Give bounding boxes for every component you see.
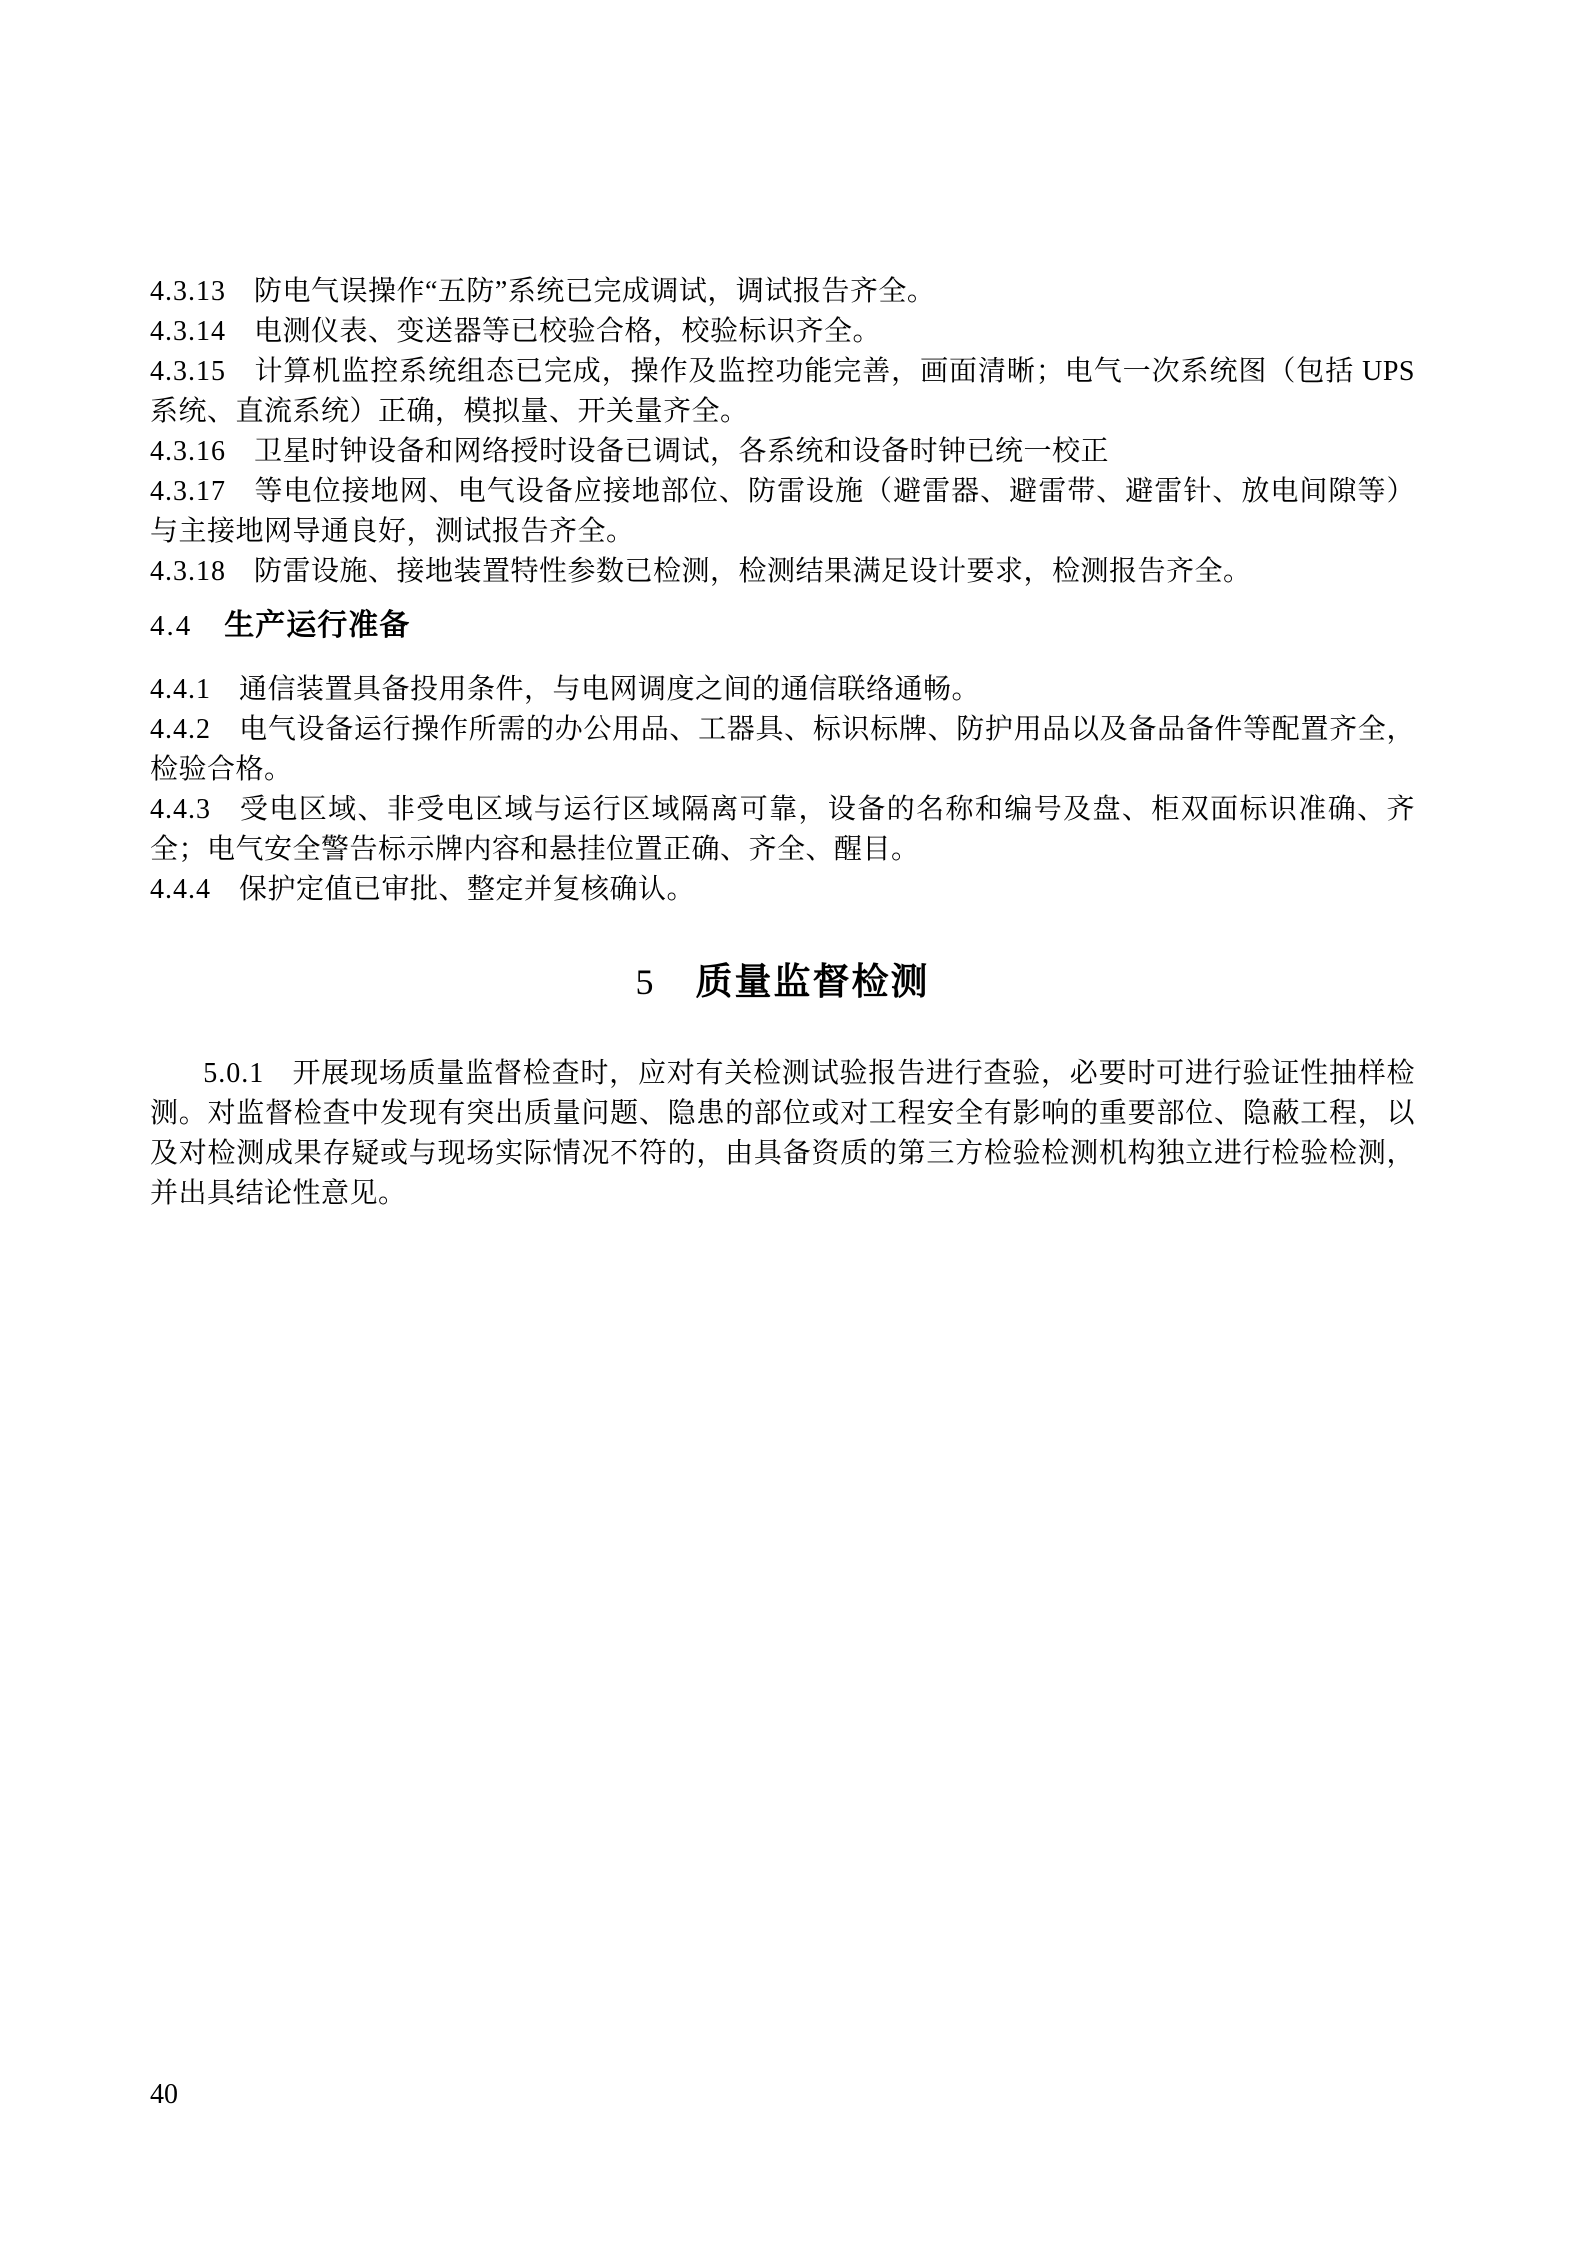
clause-number: 4.4.4 <box>150 874 211 905</box>
clause-number: 4.4.2 <box>150 714 211 745</box>
clause-number: 4.3.13 <box>150 276 226 307</box>
clause-text: 保护定值已审批、整定并复核确认。 <box>239 874 695 905</box>
document-body: 4.3.13防电气误操作“五防”系统已完成调试，调试报告齐全。 4.3.14电测… <box>150 272 1415 1214</box>
clause-text: 开展现场质量监督检查时，应对有关检测试验报告进行查验，必要时可进行验证性抽样检测… <box>150 1058 1415 1209</box>
section-heading-title: 生产运行准备 <box>224 609 410 642</box>
clause-number: 5.0.1 <box>203 1058 264 1089</box>
clause-text: 卫星时钟设备和网络授时设备已调试，各系统和设备时钟已统一校正 <box>254 436 1109 467</box>
clause-number: 4.3.14 <box>150 316 226 347</box>
clause-text: 电测仪表、变送器等已校验合格，校验标识齐全。 <box>254 316 881 347</box>
clause-4-3-13: 4.3.13防电气误操作“五防”系统已完成调试，调试报告齐全。 <box>150 272 1415 312</box>
clause-number: 4.3.15 <box>150 356 226 387</box>
clause-text: 计算机监控系统组态已完成，操作及监控功能完善，画面清晰；电气一次系统图（包括 U… <box>150 356 1415 427</box>
clause-number: 4.4.3 <box>150 794 211 825</box>
clause-number: 4.3.16 <box>150 436 226 467</box>
clause-4-3-16: 4.3.16卫星时钟设备和网络授时设备已调试，各系统和设备时钟已统一校正 <box>150 432 1415 472</box>
clause-4-4-1: 4.4.1通信装置具备投用条件，与电网调度之间的通信联络通畅。 <box>150 670 1415 710</box>
clause-4-3-14: 4.3.14电测仪表、变送器等已校验合格，校验标识齐全。 <box>150 312 1415 352</box>
chapter-heading-title: 质量监督检测 <box>696 961 930 1002</box>
chapter-5-heading: 5质量监督检测 <box>150 954 1415 1010</box>
clause-5-0-1: 5.0.1开展现场质量监督检查时，应对有关检测试验报告进行查验，必要时可进行验证… <box>150 1054 1415 1214</box>
clause-number: 4.4.1 <box>150 674 211 705</box>
section-4-4-heading: 4.4生产运行准备 <box>150 604 1415 648</box>
clause-text: 电气设备运行操作所需的办公用品、工器具、标识标牌、防护用品以及备品备件等配置齐全… <box>150 714 1415 785</box>
clause-4-4-3: 4.4.3受电区域、非受电区域与运行区域隔离可靠，设备的名称和编号及盘、柜双面标… <box>150 790 1415 870</box>
clause-text: 等电位接地网、电气设备应接地部位、防雷设施（避雷器、避雷带、避雷针、放电间隙等）… <box>150 476 1415 547</box>
clause-4-4-2: 4.4.2电气设备运行操作所需的办公用品、工器具、标识标牌、防护用品以及备品备件… <box>150 710 1415 790</box>
clause-text: 防雷设施、接地装置特性参数已检测，检测结果满足设计要求，检测报告齐全。 <box>254 556 1252 587</box>
clause-text: 防电气误操作“五防”系统已完成调试，调试报告齐全。 <box>254 276 935 307</box>
clause-number: 4.3.18 <box>150 556 226 587</box>
clause-4-4-4: 4.4.4保护定值已审批、整定并复核确认。 <box>150 870 1415 910</box>
page-number: 40 <box>150 2075 178 2115</box>
section-heading-number: 4.4 <box>150 610 192 642</box>
document-page: 4.3.13防电气误操作“五防”系统已完成调试，调试报告齐全。 4.3.14电测… <box>0 0 1587 2245</box>
clause-4-3-15: 4.3.15计算机监控系统组态已完成，操作及监控功能完善，画面清晰；电气一次系统… <box>150 352 1415 432</box>
clause-text: 受电区域、非受电区域与运行区域隔离可靠，设备的名称和编号及盘、柜双面标识准确、齐… <box>150 794 1415 865</box>
clause-text: 通信装置具备投用条件，与电网调度之间的通信联络通畅。 <box>239 674 980 705</box>
clause-4-3-18: 4.3.18防雷设施、接地装置特性参数已检测，检测结果满足设计要求，检测报告齐全… <box>150 552 1415 592</box>
clause-4-3-17: 4.3.17等电位接地网、电气设备应接地部位、防雷设施（避雷器、避雷带、避雷针、… <box>150 472 1415 552</box>
chapter-heading-number: 5 <box>636 962 654 1002</box>
clause-number: 4.3.17 <box>150 476 226 507</box>
